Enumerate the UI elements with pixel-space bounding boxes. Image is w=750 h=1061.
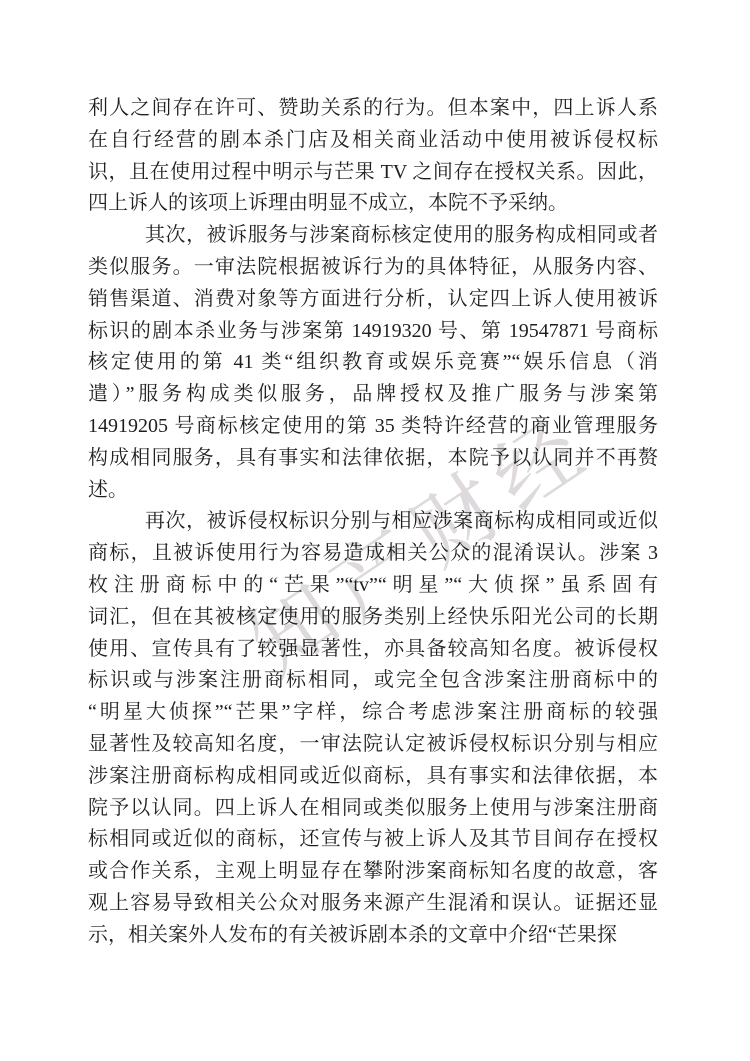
judgment-text-block: 利人之间存在许可、赞助关系的行为。但本案中，四上诉人系 在自行经营的剧本杀门店及…: [88, 93, 658, 952]
text-line: 其次，被诉服务与涉案商标核定使用的服务构成相同或者: [88, 220, 658, 252]
text-line: 商标，且被诉使用行为容易造成相关公众的混淆误认。涉案 3: [88, 538, 658, 570]
text-line: 14919205 号商标核定使用的第 35 类特许经营的商业管理服务: [88, 411, 658, 443]
text-line: 遣）”服务构成类似服务，品牌授权及推广服务与涉案第: [88, 379, 658, 411]
text-line: 枚注册商标中的“芒果”“tv”“明星”“大侦探”虽系固有: [88, 570, 658, 602]
text-line: 显著性及较高知名度，一审法院认定被诉侵权标识分别与相应: [88, 729, 658, 761]
text-line: 或合作关系，主观上明显存在攀附涉案商标知名度的故意，客: [88, 856, 658, 888]
text-line: 四上诉人的该项上诉理由明显不成立，本院不予采纳。: [88, 188, 658, 220]
text-line: 识，且在使用过程中明示与芒果 TV 之间存在授权关系。因此，: [88, 157, 658, 189]
text-line: 标识的剧本杀业务与涉案第 14919320 号、第 19547871 号商标: [88, 316, 658, 348]
text-line: 构成相同服务，具有事实和法律依据，本院予以认同并不再赘: [88, 443, 658, 475]
text-line: 再次，被诉侵权标识分别与相应涉案商标构成相同或近似: [88, 506, 658, 538]
text-line: 观上容易导致相关公众对服务来源产生混淆和误认。证据还显: [88, 888, 658, 920]
document-page: 知产财经 利人之间存在许可、赞助关系的行为。但本案中，四上诉人系 在自行经营的剧…: [0, 0, 750, 1061]
text-line: 涉案注册商标构成相同或近似商标，具有事实和法律依据，本: [88, 761, 658, 793]
text-line: 院予以认同。四上诉人在相同或类似服务上使用与涉案注册商: [88, 793, 658, 825]
text-line: 标相同或近似的商标，还宣传与被上诉人及其节目间存在授权: [88, 824, 658, 856]
text-line: “明星大侦探”“芒果”字样，综合考虑涉案注册商标的较强: [88, 697, 658, 729]
text-line: 使用、宣传具有了较强显著性，亦具备较高知名度。被诉侵权: [88, 634, 658, 666]
text-line: 类似服务。一审法院根据被诉行为的具体特征，从服务内容、: [88, 252, 658, 284]
text-line: 销售渠道、消费对象等方面进行分析，认定四上诉人使用被诉: [88, 284, 658, 316]
text-line: 词汇，但在其被核定使用的服务类别上经快乐阳光公司的长期: [88, 602, 658, 634]
text-line: 在自行经营的剧本杀门店及相关商业活动中使用被诉侵权标: [88, 125, 658, 157]
text-line: 标识或与涉案注册商标相同，或完全包含涉案注册商标中的: [88, 665, 658, 697]
text-line: 利人之间存在许可、赞助关系的行为。但本案中，四上诉人系: [88, 93, 658, 125]
text-line: 述。: [88, 475, 658, 507]
text-line: 核定使用的第 41 类“组织教育或娱乐竞赛”“娱乐信息（消: [88, 347, 658, 379]
text-line: 示，相关案外人发布的有关被诉剧本杀的文章中介绍“芒果探: [88, 920, 658, 952]
